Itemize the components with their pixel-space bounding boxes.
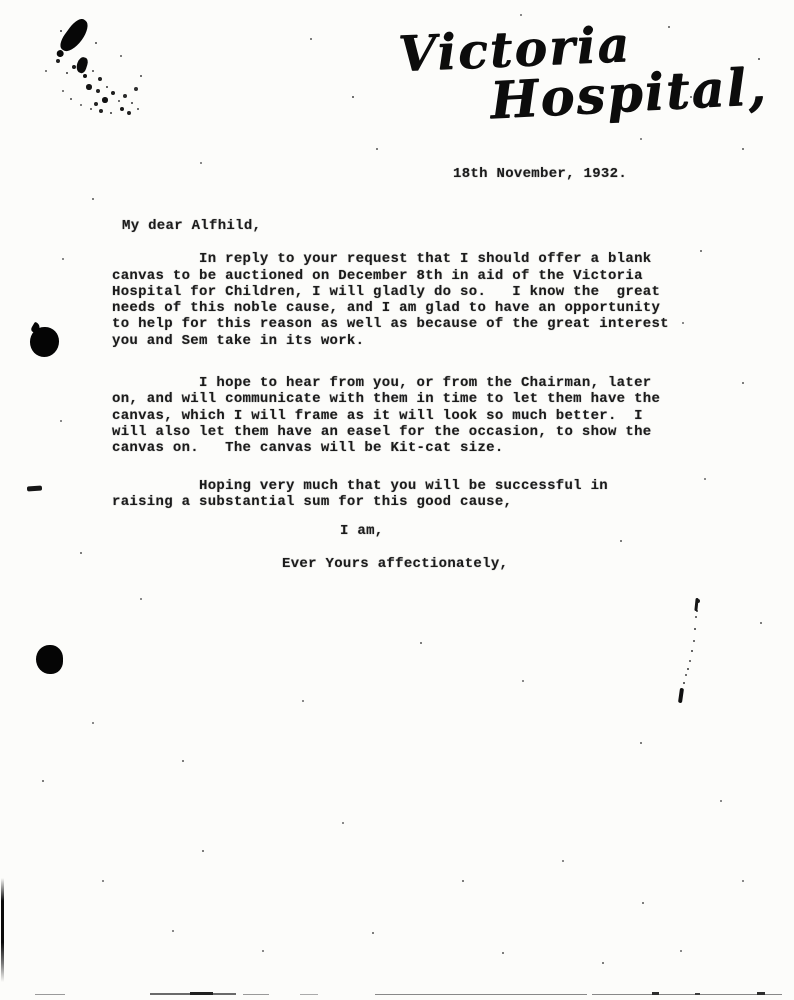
date-line: 18th November, 1932.: [453, 166, 627, 182]
body-line: needs of this noble cause, and I am glad…: [112, 300, 669, 316]
ink-blot: [57, 16, 93, 56]
ink-smudge: [75, 56, 89, 74]
paragraph-1: In reply to your request that I should o…: [112, 251, 669, 349]
body-line: canvas to be auctioned on December 8th i…: [112, 268, 669, 284]
page-edge-line: [1, 878, 4, 982]
body-line: I hope to hear from you, or from the Cha…: [112, 375, 669, 391]
scan-line-fragment: [35, 994, 65, 995]
paragraph-2: I hope to hear from you, or from the Cha…: [112, 375, 669, 456]
body-line: In reply to your request that I should o…: [112, 251, 669, 267]
body-line: canvas on. The canvas will be Kit-cat si…: [112, 440, 669, 456]
scan-mark: [694, 598, 698, 611]
edge-smudge: [27, 485, 42, 491]
scan-mark: [757, 992, 765, 995]
scan-mark: [652, 992, 659, 995]
closing-valediction: Ever Yours affectionately,: [282, 556, 669, 572]
scan-line-fragment: [300, 994, 318, 995]
scanned-letter-page: Victoria Hospital, 18th November, 1932. …: [0, 0, 794, 1000]
scan-line-fragment: [592, 994, 782, 995]
body-line: Hoping very much that you will be succes…: [112, 478, 669, 494]
scan-speckle-trail: [0, 0, 2, 2]
body-line: to help for this reason as well as becau…: [112, 316, 669, 332]
salutation: My dear Alfhild,: [122, 218, 669, 234]
body-line: will also let them have an easel for the…: [112, 424, 669, 440]
letter-body: My dear Alfhild, In reply to your reques…: [112, 218, 669, 573]
scan-line-fragment: [243, 994, 269, 995]
body-line: raising a substantial sum for this good …: [112, 494, 669, 510]
closing-i-am: I am,: [340, 523, 669, 539]
paragraph-3: Hoping very much that you will be succes…: [112, 478, 669, 511]
ink-dot: [36, 645, 63, 674]
scan-mark: [678, 688, 684, 703]
scan-line-fragment: [190, 992, 213, 995]
ink-dot: [30, 327, 59, 357]
body-line: Hospital for Children, I will gladly do …: [112, 284, 669, 300]
body-line: canvas, which I will frame as it will lo…: [112, 408, 669, 424]
scan-mark: [695, 993, 700, 995]
scan-line-fragment: [375, 994, 587, 995]
body-line: on, and will communicate with them in ti…: [112, 391, 669, 407]
body-line: you and Sem take in its work.: [112, 333, 669, 349]
